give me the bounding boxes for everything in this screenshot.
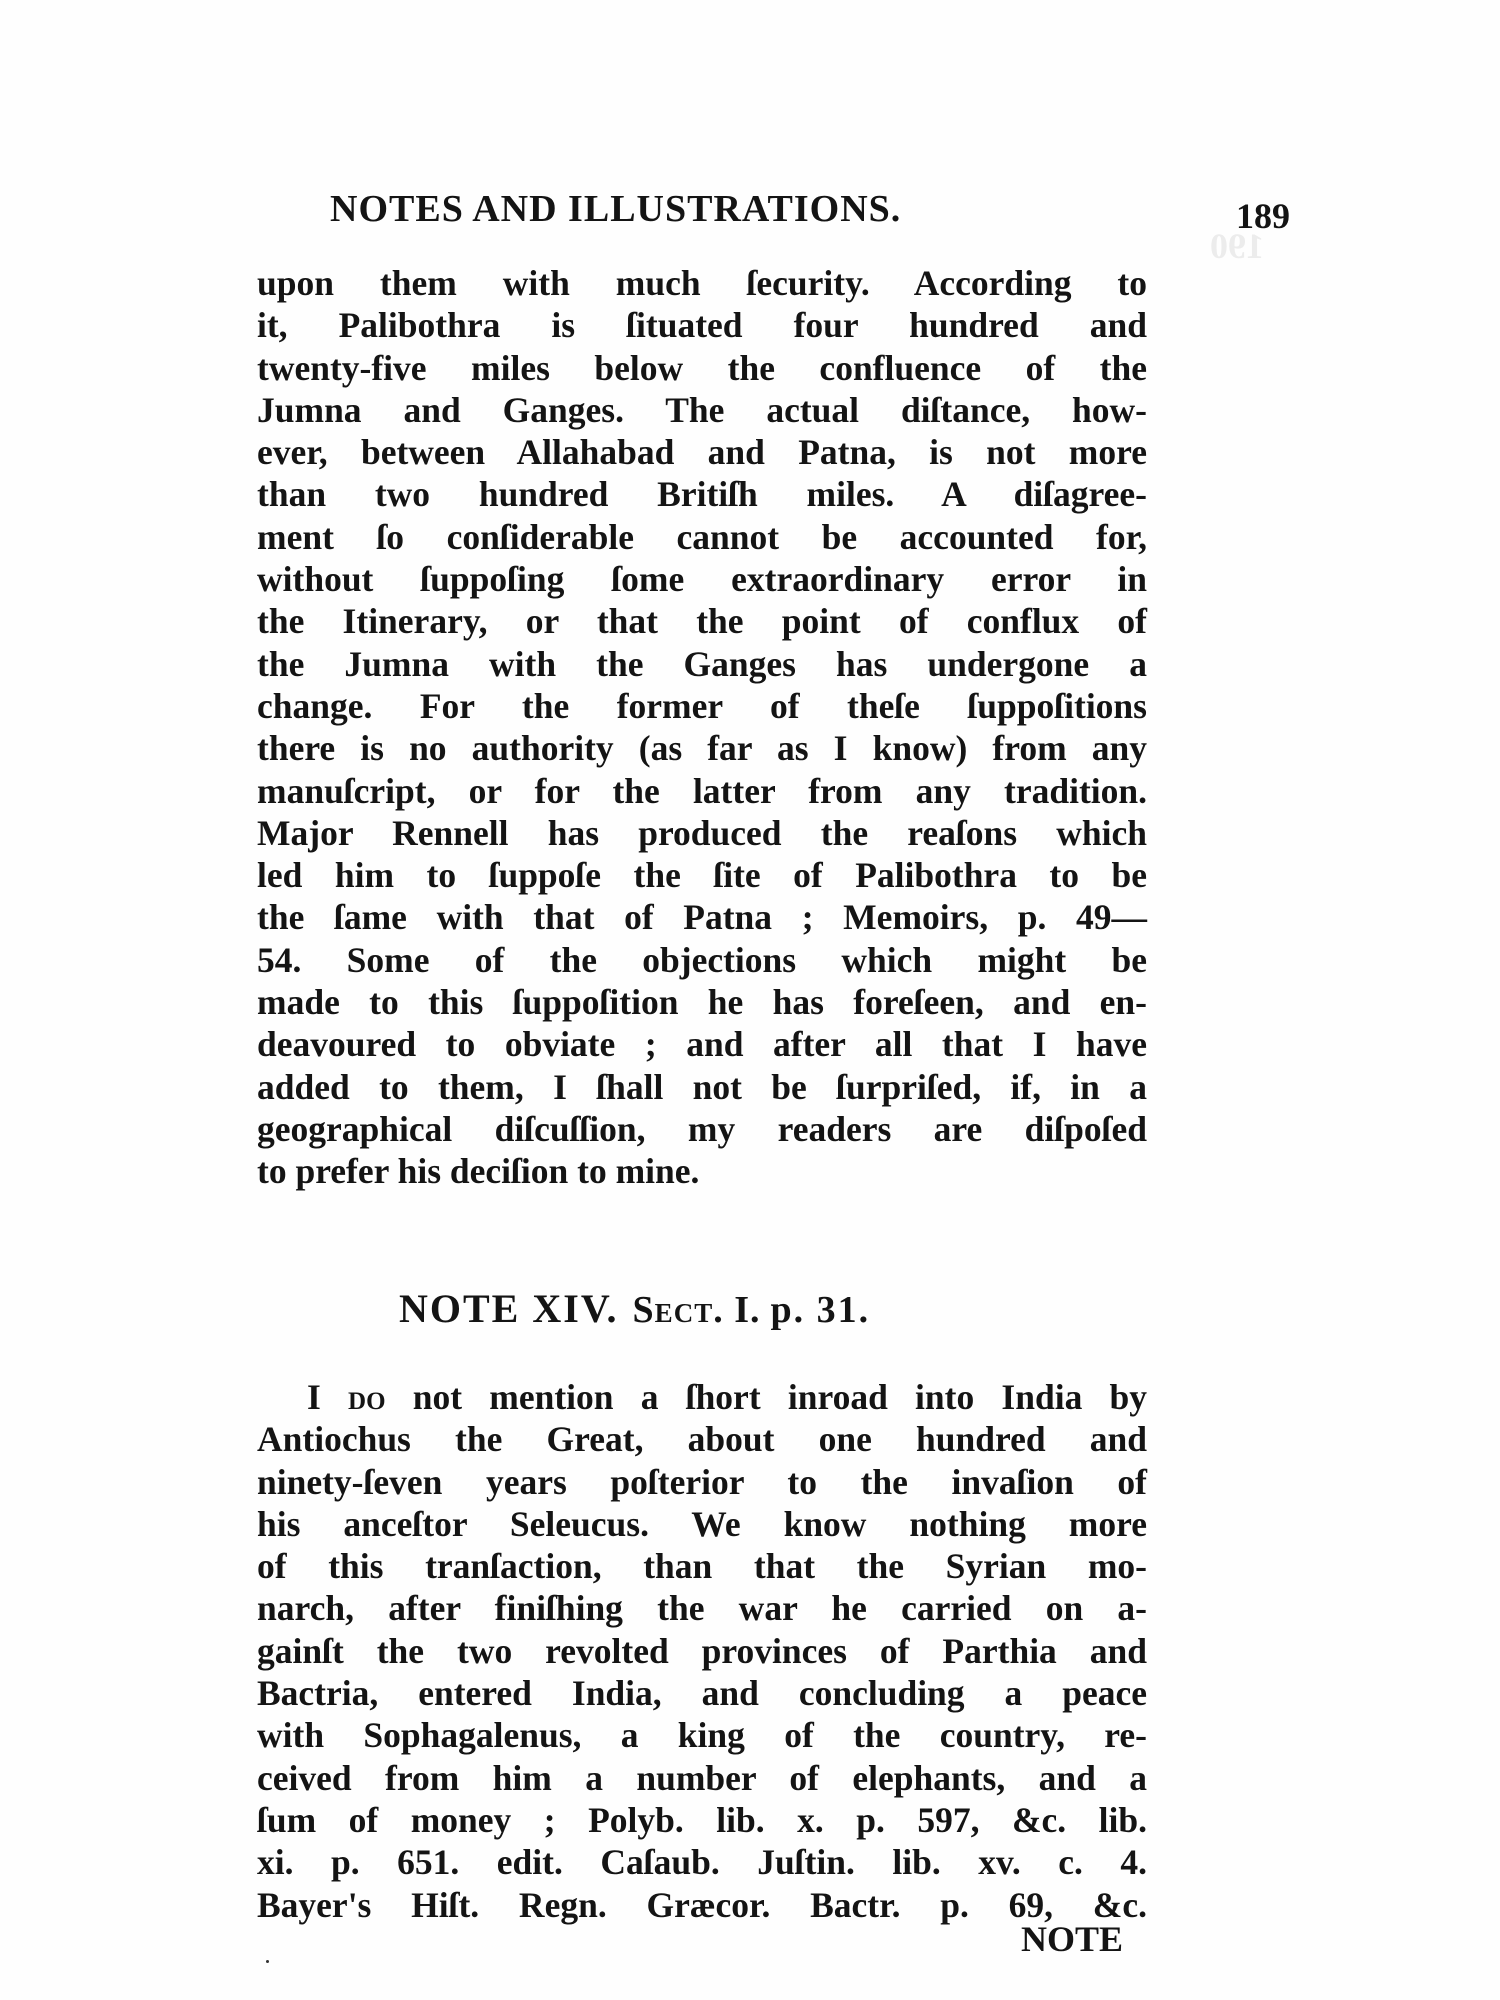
text-line: the Itinerary, or that the point of conf…: [257, 600, 1147, 642]
text-line: added to them, I ſhall not be ſurpriſed,…: [257, 1066, 1147, 1108]
text-line: gainſt the two revolted provinces of Par…: [257, 1630, 1147, 1672]
text-line: the Jumna with the Ganges has undergone …: [257, 643, 1147, 685]
text-line: made to this ſuppoſition he has foreſeen…: [257, 981, 1147, 1023]
text-line: the ſame with that of Patna ; Memoirs, p…: [257, 896, 1147, 938]
text-line: Bayer's Hiſt. Regn. Græcor. Bactr. p. 69…: [257, 1884, 1147, 1926]
text-line: twenty-five miles below the confluence o…: [257, 347, 1147, 389]
catchword: NOTE: [1021, 1918, 1123, 1960]
text-line: ever, between Allahabad and Patna, is no…: [257, 431, 1147, 473]
text-line: narch, after finiſhing the war he carrie…: [257, 1587, 1147, 1629]
text-line: upon them with much ſecurity. According …: [257, 262, 1147, 304]
print-speck: [266, 1960, 269, 1963]
text-line: there is no authority (as far as I know)…: [257, 727, 1147, 769]
text-line: his anceſtor Seleucus. We know nothing m…: [257, 1503, 1147, 1545]
text-line: Antiochus the Great, about one hundred a…: [257, 1418, 1147, 1460]
note-page-ref: p. 31.: [771, 1289, 871, 1331]
body-text-continuation: upon them with much ſecurity. According …: [257, 262, 1147, 1193]
text-line: geographical diſcuſſion, my readers are …: [257, 1108, 1147, 1150]
text-line: deavoured to obviate ; and after all tha…: [257, 1023, 1147, 1065]
text-line: Jumna and Ganges. The actual diſtance, h…: [257, 389, 1147, 431]
text-line: manuſcript, or for the latter from any t…: [257, 770, 1147, 812]
text-line: with Sophagalenus, a king of the country…: [257, 1714, 1147, 1756]
text-line: change. For the former of theſe ſuppoſit…: [257, 685, 1147, 727]
text-line: to prefer his deciſion to mine.: [257, 1150, 1147, 1192]
text-line: than two hundred Britiſh miles. A diſagr…: [257, 473, 1147, 515]
smallcaps-word: do: [348, 1377, 386, 1417]
note-heading: NOTE XIV.Sect. I.p. 31.: [399, 1286, 870, 1333]
text-line: Major Rennell has produced the reaſons w…: [257, 812, 1147, 854]
text-line: ſum of money ; Polyb. lib. x. p. 597, &c…: [257, 1799, 1147, 1841]
note-section: Sect. I.: [633, 1289, 761, 1331]
note-title: NOTE XIV.: [399, 1286, 619, 1331]
text-line: Bactria, entered India, and concluding a…: [257, 1672, 1147, 1714]
page-number: 189: [1236, 196, 1290, 236]
text-line: of this tranſaction, than that the Syria…: [257, 1545, 1147, 1587]
text-line: without ſuppoſing ſome extraordinary err…: [257, 558, 1147, 600]
text-line: ment ſo conſiderable cannot be accounted…: [257, 516, 1147, 558]
book-page: 190 NOTES AND ILLUSTRATIONS. 189 upon th…: [0, 0, 1500, 2000]
first-line-rest: not mention a ſhort inroad into India by: [413, 1377, 1147, 1417]
note-body-text: I do not mention a ſhort inroad into Ind…: [257, 1376, 1147, 1926]
text-line: ninety-ſeven years poſterior to the inva…: [257, 1461, 1147, 1503]
text-line: xi. p. 651. edit. Caſaub. Juſtin. lib. x…: [257, 1841, 1147, 1883]
text-line: it, Palibothra is ſituated four hundred …: [257, 304, 1147, 346]
text-line: led him to ſuppoſe the ſite of Palibothr…: [257, 854, 1147, 896]
text-line-first: I do not mention a ſhort inroad into Ind…: [257, 1376, 1147, 1418]
running-head-title: NOTES AND ILLUSTRATIONS.: [330, 186, 1090, 232]
drop-word: I: [307, 1377, 321, 1417]
text-line: ceived from him a number of elephants, a…: [257, 1757, 1147, 1799]
text-line: 54. Some of the objections which might b…: [257, 939, 1147, 981]
